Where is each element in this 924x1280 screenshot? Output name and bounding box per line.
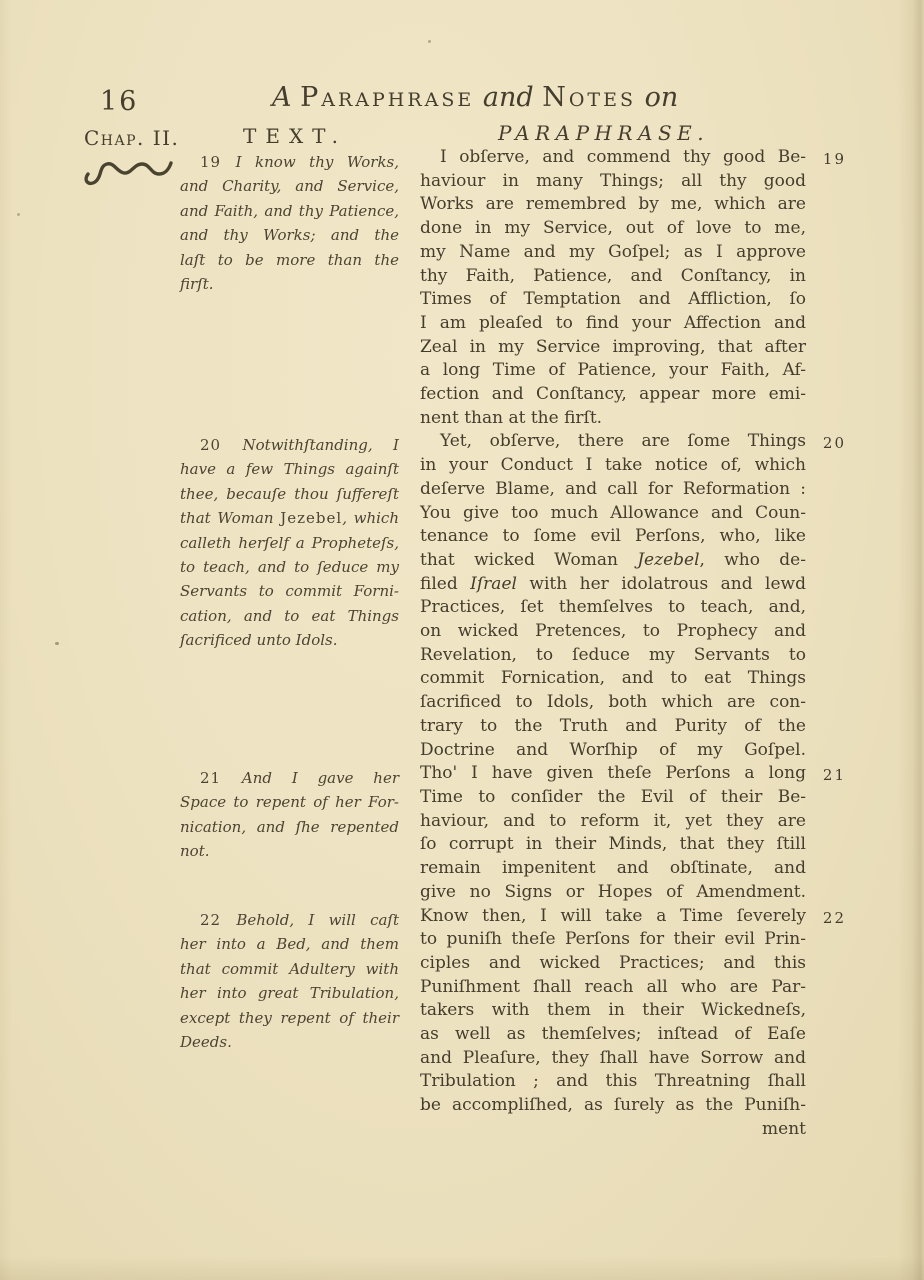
catchword: ment	[420, 1118, 806, 1142]
paraphrase-line: Puniſhment ſhall reach all who are Par-	[420, 976, 806, 1000]
text-line: cation, and to eat Things	[180, 604, 399, 628]
paraphrase-line: on wicked Pretences, to Prophecy and	[420, 620, 806, 644]
text-line: 22 Behold, I will caſt	[180, 908, 399, 932]
paraphrase-line: takers with them in their Wickedneſs,	[420, 999, 806, 1023]
paraphrase-paragraph-1: I obſerve, and commend thy good Be-19hav…	[420, 146, 806, 430]
paraphrase-line: fection and Conſtancy, appear more emi-	[420, 383, 806, 407]
text-line: ſacrificed unto Idols.	[180, 628, 399, 652]
paraphrase-column-heading: PARAPHRASE.	[498, 121, 709, 145]
text-line: have a few Things againſt	[180, 457, 399, 481]
page-number: 16	[100, 86, 138, 117]
text-line: 20 Notwithſtanding, I	[180, 433, 399, 457]
page-edge-shading-right	[898, 0, 924, 1280]
paper-speck	[231, 232, 233, 234]
paraphrase-line: Know then, I will take a Time ſeverely22	[420, 905, 806, 929]
text-line: laſt to be more than the	[180, 248, 399, 272]
text-line: 21 And I gave her	[180, 766, 399, 790]
paraphrase-line: Time to conſider the Evil of their Be-	[420, 786, 806, 810]
text-line: thee, becauſe thou ſuffereſt	[180, 482, 399, 506]
paraphrase-line: Works are remembred by me, which are	[420, 193, 806, 217]
paraphrase-line: thy Faith, Patience, and Conſtancy, in	[420, 265, 806, 289]
text-line: firſt.	[180, 272, 399, 296]
running-header-segment: on	[636, 82, 678, 113]
text-line: nication, and ſhe repented	[180, 815, 399, 839]
text-line: Deeds.	[180, 1030, 399, 1054]
paraphrase-line: You give too much Allowance and Coun-	[420, 502, 806, 526]
paraphrase-line: remain impenitent and obſtinate, and	[420, 857, 806, 881]
paraphrase-line: Times of Temptation and Affliction, ſo	[420, 288, 806, 312]
paraphrase-line: my Name and my Goſpel; as I approve	[420, 241, 806, 265]
scripture-verse-22: 22 Behold, I will caſther into a Bed, an…	[180, 908, 399, 1054]
paraphrase-line: ſacrificed to Idols, both which are con-	[420, 691, 806, 715]
running-header-segment: Notes	[542, 82, 636, 113]
text-line: not.	[180, 839, 399, 863]
paraphrase-paragraph-2: Yet, obſerve, there are ſome Things20in …	[420, 430, 806, 1141]
text-line: 19 I know thy Works,	[180, 150, 399, 174]
book-page: 16 A Paraphrase and Notes on Chap. II. T…	[0, 0, 924, 1280]
scripture-verse-19: 19 I know thy Works,and Charity, and Ser…	[180, 150, 399, 296]
text-line: and Charity, and Service,	[180, 174, 399, 198]
paraphrase-line: Practices, ſet themſelves to teach, and,	[420, 596, 806, 620]
chapter-label: Chap. II.	[84, 126, 179, 150]
paraphrase-line: be accompliſhed, as ſurely as the Puniſh…	[420, 1094, 806, 1118]
paraphrase-line: nent than at the firſt.	[420, 407, 806, 431]
paraphrase-line: commit Fornication, and to eat Things	[420, 667, 806, 691]
paper-speck	[17, 213, 20, 216]
paraphrase-column: I obſerve, and commend thy good Be-19hav…	[420, 146, 806, 1142]
text-line: Servants to commit Forni-	[180, 579, 399, 603]
text-line: except they repent of their	[180, 1006, 399, 1030]
paraphrase-line: I obſerve, and commend thy good Be-19	[420, 146, 806, 170]
text-line: that Woman Jezebel, which	[180, 506, 399, 530]
text-line: her into a Bed, and them	[180, 932, 399, 956]
scripture-verse-21: 21 And I gave herSpace to repent of her …	[180, 766, 399, 864]
paraphrase-line: ciples and wicked Practices; and this	[420, 952, 806, 976]
paraphrase-line: and Pleaſure, they ſhall have Sorrow and	[420, 1047, 806, 1071]
paraphrase-line: deſerve Blame, and call for Reformation …	[420, 478, 806, 502]
verse-number-marker: 21	[823, 764, 846, 788]
paraphrase-line: a long Time of Patience, your Faith, Af-	[420, 359, 806, 383]
paraphrase-line: trary to the Truth and Purity of the	[420, 715, 806, 739]
chapter-ornament-squiggle-icon	[82, 157, 174, 189]
paraphrase-line: tenance to ſome evil Perſons, who, like	[420, 525, 806, 549]
verse-number-marker: 20	[803, 432, 846, 456]
text-line: to teach, and to ſeduce my	[180, 555, 399, 579]
running-header-segment: and	[474, 82, 542, 113]
scripture-verse-20: 20 Notwithſtanding, Ihave a few Things a…	[180, 433, 399, 653]
text-line: that commit Adultery with	[180, 957, 399, 981]
paper-speck	[55, 642, 59, 645]
text-line: her into great Tribulation,	[180, 981, 399, 1005]
paraphrase-line: that wicked Woman Jezebel, who de-	[420, 549, 806, 573]
text-line: calleth herſelf a Propheteſs,	[180, 531, 399, 555]
page-edge-shading-left	[0, 0, 12, 1280]
paraphrase-line: haviour in many Things; all thy good	[420, 170, 806, 194]
paraphrase-line: I am pleaſed to find your Affection and	[420, 312, 806, 336]
page-edge-shading-bottom	[0, 1256, 924, 1280]
paraphrase-line: Yet, obſerve, there are ſome Things20	[420, 430, 806, 454]
paraphrase-line: Zeal in my Service improving, that after	[420, 336, 806, 360]
text-column: 19 I know thy Works,and Charity, and Ser…	[180, 0, 399, 1280]
verse-number-marker: 22	[823, 907, 846, 931]
paraphrase-line: Revelation, to ſeduce my Servants to	[420, 644, 806, 668]
paraphrase-line: in your Conduct I take notice of, which	[420, 454, 806, 478]
paraphrase-line: give no Signs or Hopes of Amendment.	[420, 881, 806, 905]
text-line: and Faith, and thy Patience,	[180, 199, 399, 223]
paper-speck	[428, 40, 431, 43]
paraphrase-line: Tho' I have given theſe Perſons a long21	[420, 762, 806, 786]
paraphrase-line: done in my Service, out of love to me,	[420, 217, 806, 241]
paraphrase-line: ſo corrupt in their Minds, that they ſti…	[420, 833, 806, 857]
paraphrase-line: Doctrine and Worſhip of my Goſpel.	[420, 739, 806, 763]
paraphrase-line: as well as themſelves; inſtead of Eaſe	[420, 1023, 806, 1047]
verse-number-marker: 19	[803, 148, 846, 172]
paraphrase-line: filed Iſrael with her idolatrous and lew…	[420, 573, 806, 597]
text-line: and thy Works; and the	[180, 223, 399, 247]
paraphrase-line: Tribulation ; and this Threatning ſhall	[420, 1070, 806, 1094]
text-line: Space to repent of her For-	[180, 790, 399, 814]
paraphrase-line: to puniſh theſe Perſons for their evil P…	[420, 928, 806, 952]
paraphrase-line: haviour, and to reform it, yet they are	[420, 810, 806, 834]
